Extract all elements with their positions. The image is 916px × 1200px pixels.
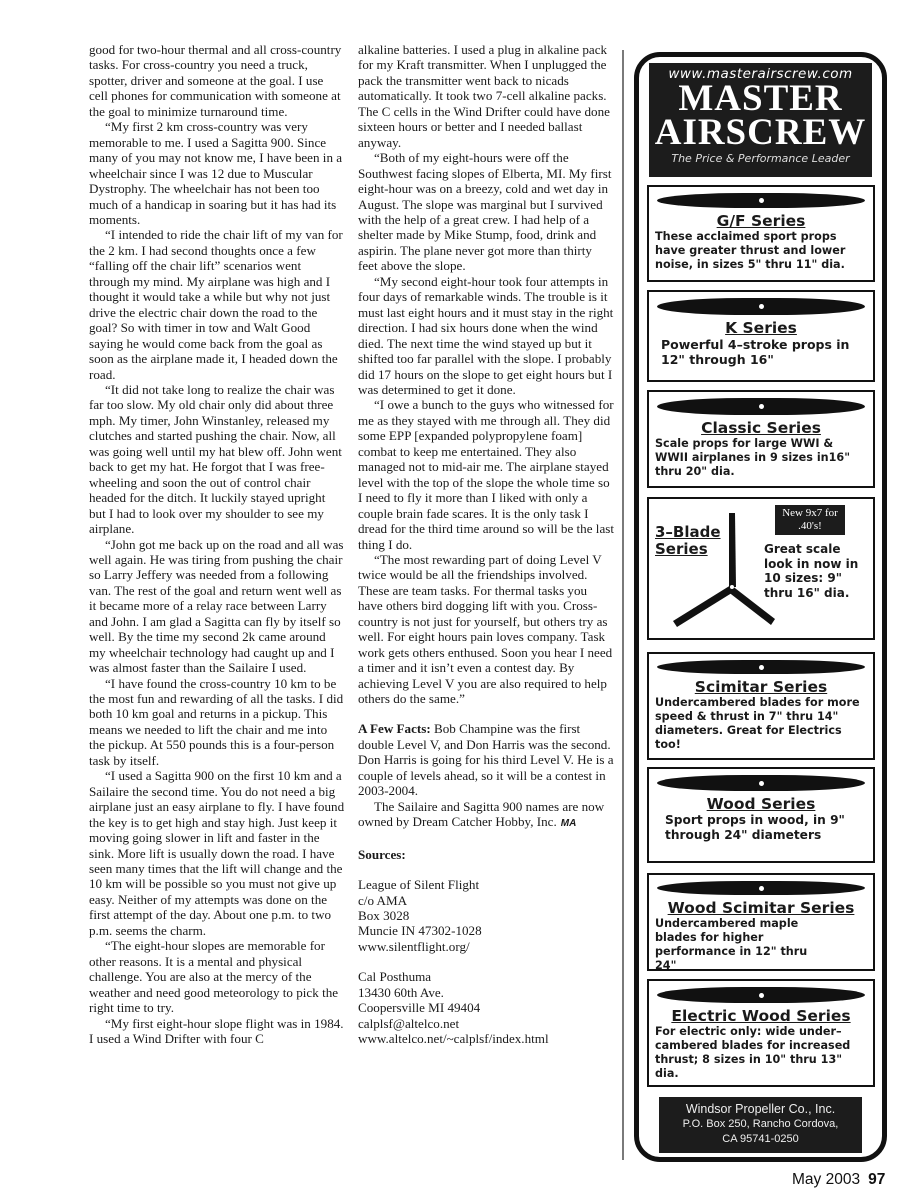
propeller-icon (657, 987, 865, 1003)
paragraph: good for two-hour thermal and all cross-… (89, 42, 345, 119)
propeller-icon (657, 398, 865, 415)
paragraph: alkaline batteries. I used a plug in alk… (358, 42, 614, 150)
ad-header: www.masterairscrew.com MASTER AIRSCREW T… (649, 63, 872, 177)
ad-footer: Windsor Propeller Co., Inc. P.O. Box 250… (659, 1097, 862, 1153)
paragraph: “John got me back up on the road and all… (89, 537, 345, 676)
page-folio: May 200397 (792, 1171, 885, 1189)
series-3-blade: 3–Blade Series New 9x7 for .40's! Great … (647, 497, 875, 640)
source-line: c/o AMA (358, 893, 614, 908)
series-desc: Undercambered maple blades for higher pe… (655, 917, 867, 973)
propeller-icon (657, 775, 865, 791)
article-column-2: alkaline batteries. I used a plug in alk… (358, 42, 614, 1047)
end-mark-icon: MA (561, 818, 577, 829)
propeller-icon (657, 193, 865, 208)
series-classic: Classic Series Scale props for large WWI… (647, 390, 875, 488)
series-title: Electric Wood Series (655, 1007, 867, 1025)
source-entry-posthuma: Cal Posthuma 13430 60th Ave. Coopersvill… (358, 969, 614, 1046)
series-desc: Undercambered blades for more speed & th… (655, 696, 867, 752)
facts-label: A Few Facts: (358, 721, 431, 736)
paragraph: “It did not take long to realize the cha… (89, 382, 345, 537)
propeller-icon (657, 881, 865, 895)
paragraph: “My first eight-hour slope flight was in… (89, 1016, 345, 1047)
series-gf: G/F Series These acclaimed sport props h… (647, 185, 875, 282)
issue-date: May 2003 (792, 1171, 860, 1188)
series-wood: Wood Series Sport props in wood, in 9" t… (647, 767, 875, 863)
series-desc: Great scale look in now in 10 sizes: 9" … (764, 542, 872, 600)
series-title: K Series (655, 319, 867, 337)
company-address: P.O. Box 250, Rancho Cordova, (659, 1117, 862, 1132)
master-airscrew-ad: www.masterairscrew.com MASTER AIRSCREW T… (634, 52, 887, 1162)
propeller-icon (657, 660, 865, 674)
series-scimitar: Scimitar Series Undercambered blades for… (647, 652, 875, 760)
page-number: 97 (868, 1171, 885, 1188)
ad-tagline: The Price & Performance Leader (649, 152, 872, 165)
source-line: Coopersville MI 49404 (358, 1000, 614, 1015)
paragraph: “I owe a bunch to the guys who witnessed… (358, 397, 614, 552)
series-desc: For electric only: wide under–cambered b… (655, 1025, 867, 1081)
ad-brand-line-1: MASTER (649, 82, 872, 116)
series-title: Wood Scimitar Series (655, 899, 867, 917)
series-wood-scimitar: Wood Scimitar Series Undercambered maple… (647, 873, 875, 971)
paragraph: “The eight-hour slopes are memorable for… (89, 938, 345, 1015)
series-title: Classic Series (655, 419, 867, 437)
series-title: Scimitar Series (655, 678, 867, 696)
source-line: Box 3028 (358, 908, 614, 923)
ad-brand-line-2: AIRSCREW (649, 116, 872, 150)
column-divider (622, 50, 624, 1160)
company-name: Windsor Propeller Co., Inc. (659, 1101, 862, 1117)
series-title: G/F Series (655, 212, 867, 230)
facts-paragraph: A Few Facts: Bob Champine was the first … (358, 721, 614, 798)
source-line: Muncie IN 47302-1028 (358, 923, 614, 938)
source-entry-lsf: League of Silent Flight c/o AMA Box 3028… (358, 877, 614, 954)
series-title: Wood Series (655, 795, 867, 813)
names-note: The Sailaire and Sagitta 900 names are n… (358, 799, 614, 832)
source-link[interactable]: www.altelco.net/~calplsf/index.html (358, 1031, 614, 1046)
sources-heading-text: Sources: (358, 847, 406, 862)
paragraph: “My first 2 km cross-country was very me… (89, 119, 345, 227)
article-column-1: good for two-hour thermal and all cross-… (89, 42, 345, 1046)
paragraph: “I have found the cross-country 10 km to… (89, 676, 345, 769)
series-electric-wood: Electric Wood Series For electric only: … (647, 979, 875, 1087)
series-desc: Powerful 4–stroke props in 12" through 1… (655, 337, 867, 367)
source-line: 13430 60th Ave. (358, 985, 614, 1000)
propeller-icon (657, 298, 865, 315)
paragraph: “The most rewarding part of doing Level … (358, 552, 614, 707)
paragraph: “I intended to ride the chair lift of my… (89, 227, 345, 382)
source-link[interactable]: www.silentflight.org/ (358, 939, 614, 954)
source-line: League of Silent Flight (358, 877, 614, 892)
company-address: CA 95741-0250 (659, 1132, 862, 1147)
paragraph: “My second eight-hour took four attempts… (358, 274, 614, 398)
series-desc: Scale props for large WWI & WWII airplan… (655, 437, 867, 479)
series-k: K Series Powerful 4–stroke props in 12" … (647, 290, 875, 382)
source-email[interactable]: calplsf@altelco.net (358, 1016, 614, 1031)
series-desc: Sport props in wood, in 9" through 24" d… (655, 813, 867, 843)
new-badge: New 9x7 for .40's! (775, 505, 845, 535)
paragraph: “I used a Sagitta 900 on the first 10 km… (89, 768, 345, 938)
series-desc: These acclaimed sport props have greater… (655, 230, 867, 272)
series-title: 3–Blade Series (655, 524, 735, 558)
source-line: Cal Posthuma (358, 969, 614, 984)
paragraph: “Both of my eight-hours were off the Sou… (358, 150, 614, 274)
sources-heading: Sources: (358, 847, 614, 862)
